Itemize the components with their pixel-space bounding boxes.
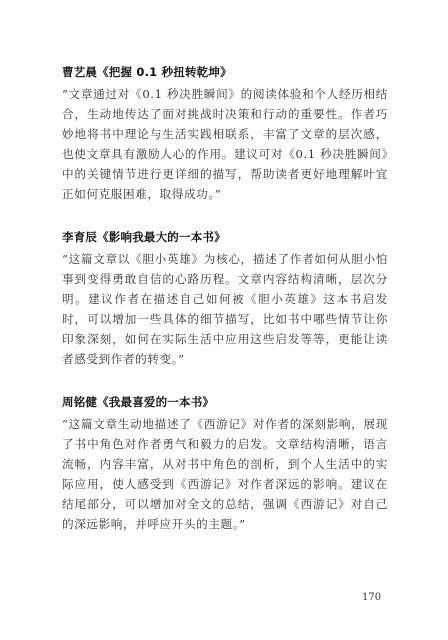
page-number: 170 [362, 592, 381, 603]
entry-body: “文章通过对《0.1 秒决胜瞬间》的阅读体验和个人经历相结合，生动地传达了面对挑… [62, 84, 388, 204]
review-entry: 曹艺晨《把握 0.1 秒扭转乾坤》 “文章通过对《0.1 秒决胜瞬间》的阅读体验… [62, 64, 388, 204]
entry-title: 李育辰《影响我最大的一本书》 [62, 229, 388, 245]
entry-title: 周铭健《我最喜爱的一本书》 [62, 394, 388, 410]
review-entry: 周铭健《我最喜爱的一本书》 “这篇文章生动地描述了《西游记》对作者的深刻影响，展… [62, 394, 388, 534]
entry-body: “这篇文章生动地描述了《西游记》对作者的深刻影响，展现了书中角色对作者勇气和毅力… [62, 414, 388, 534]
entry-title: 曹艺晨《把握 0.1 秒扭转乾坤》 [62, 64, 388, 80]
entry-body: “这篇文章以《胆小英雄》为核心，描述了作者如何从胆小怕事到变得勇敢自信的心路历程… [62, 249, 388, 369]
document-page: 曹艺晨《把握 0.1 秒扭转乾坤》 “文章通过对《0.1 秒决胜瞬间》的阅读体验… [62, 64, 388, 559]
review-entry: 李育辰《影响我最大的一本书》 “这篇文章以《胆小英雄》为核心，描述了作者如何从胆… [62, 229, 388, 369]
